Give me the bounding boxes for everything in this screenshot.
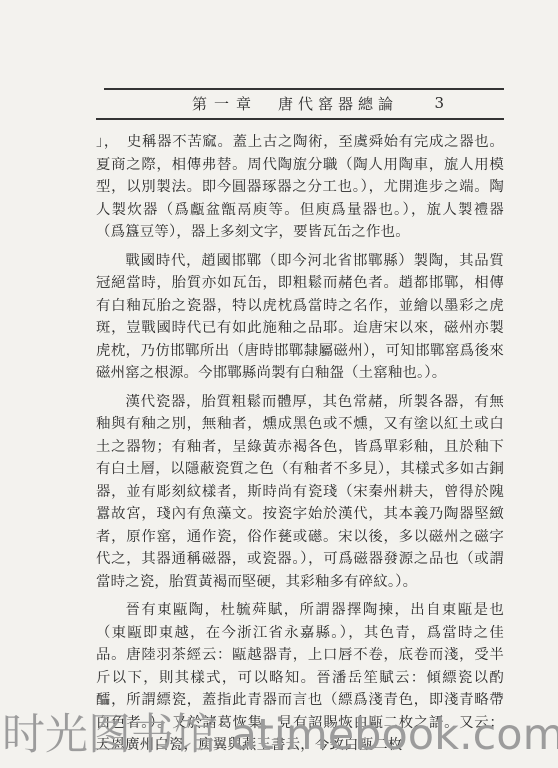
chapter-title: 唐代窰器總論 (278, 93, 398, 114)
paragraph-continuation: 」， 史稱器不苦窳。蓋上古之陶術，至虞舜始有完成之器也。夏商之際，相傳弗替。周代… (96, 131, 504, 244)
scanned-book-page: 第一章 唐代窰器總論 3 」， 史稱器不苦窳。蓋上古之陶術，至虞舜始有完成之器也… (0, 0, 558, 768)
text-block: 第一章 唐代窰器總論 3 」， 史稱器不苦窳。蓋上古之陶術，至虞舜始有完成之器也… (96, 88, 504, 757)
watermark-text: 时光图书馆 atimebook.com (2, 710, 558, 760)
page-number: 3 (434, 94, 444, 112)
chapter-number: 第一章 (192, 93, 258, 114)
paragraph-han-dynasty: 漢代瓷器，胎質粗鬆而體厚，其色常赭，所製各器，有無釉與有釉之別，無釉者，燻成黑色… (96, 391, 504, 594)
watermark: 时光图书馆 atimebook.com (2, 701, 558, 762)
paragraph-warring-states: 戰國時代，趙國邯鄲（即今河北省邯鄲縣）製陶，其品質冠絕當時，胎質亦如瓦缶，即粗鬆… (96, 250, 504, 385)
header-rule-bottom (96, 118, 504, 120)
page-body: 」， 史稱器不苦窳。蓋上古之陶術，至虞舜始有完成之器也。夏商之際，相傳弗替。周代… (96, 131, 504, 757)
running-header: 第一章 唐代窰器總論 3 (96, 90, 504, 116)
